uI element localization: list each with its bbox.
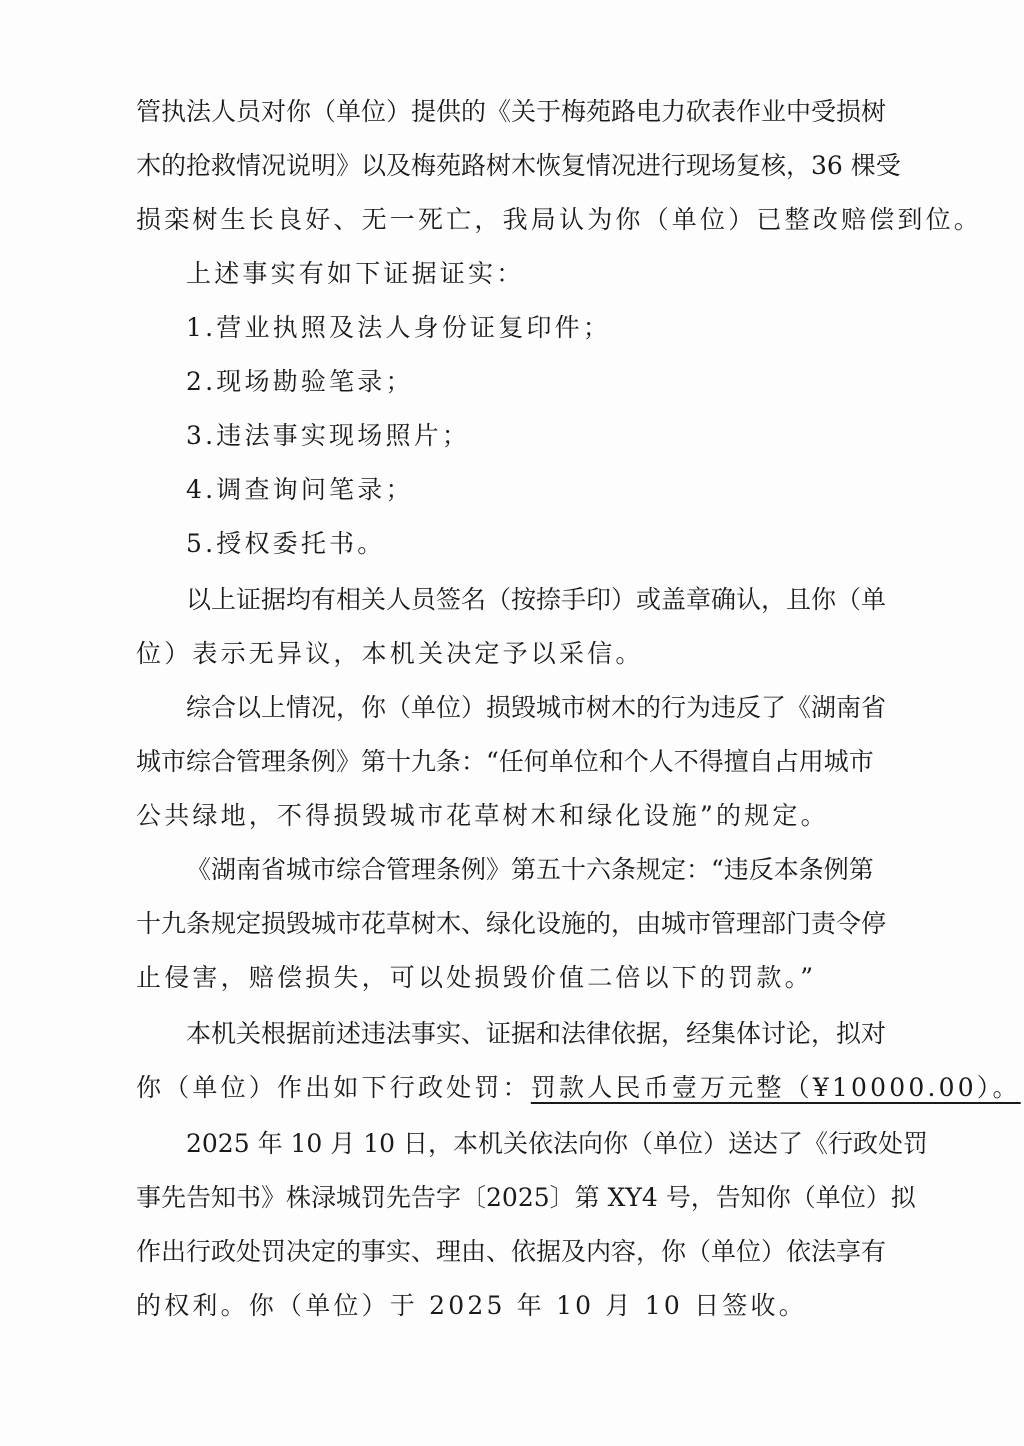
- paragraph-line: 止侵害，赔偿损失，可以处损毁价值二倍以下的罚款。”: [136, 958, 869, 998]
- paragraph-line: 损栾树生长良好、无一死亡，我局认为你（单位）已整改赔偿到位。: [136, 200, 869, 240]
- evidence-item: 4.调查询问笔录；: [186, 470, 869, 510]
- paragraph-line: 公共绿地，不得损毁城市花草树木和绿化设施”的规定。: [136, 796, 869, 836]
- paragraph-line: 综合以上情况，你（单位）损毁城市树木的行为违反了《湖南省: [186, 688, 869, 728]
- paragraph-line: 本机关根据前述违法事实、证据和法律依据，经集体讨论，拟对: [186, 1014, 869, 1054]
- paragraph-line: 作出行政处罚决定的事实、理由、依据及内容，你（单位）依法享有: [136, 1232, 869, 1272]
- penalty-amount-underlined: 罚款人民币壹万元整（¥10000.00）。: [531, 1073, 1021, 1102]
- paragraph-line: 《湖南省城市综合管理条例》第五十六条规定：“违反本条例第: [186, 850, 869, 890]
- evidence-item: 2.现场勘验笔录；: [186, 362, 869, 402]
- evidence-intro: 上述事实有如下证据证实：: [186, 254, 869, 294]
- paragraph-line: 2025 年 10 月 10 日，本机关依法向你（单位）送达了《行政处罚: [186, 1124, 869, 1164]
- paragraph-line: 十九条规定损毁城市花草树木、绿化设施的，由城市管理部门责令停: [136, 904, 869, 944]
- paragraph-line: 以上证据均有相关人员签名（按捺手印）或盖章确认，且你（单: [186, 580, 869, 620]
- paragraph-line: 管执法人员对你（单位）提供的《关于梅苑路电力砍表作业中受损树: [136, 92, 869, 132]
- penalty-prefix: 你（单位）作出如下行政处罚：: [136, 1073, 531, 1102]
- paragraph-line: 城市综合管理条例》第十九条：“任何单位和个人不得擅自占用城市: [136, 742, 869, 782]
- evidence-item: 3.违法事实现场照片；: [186, 416, 869, 456]
- document-page: 管执法人员对你（单位）提供的《关于梅苑路电力砍表作业中受损树 木的抢救情况说明》…: [0, 0, 1024, 1446]
- penalty-line: 你（单位）作出如下行政处罚：罚款人民币壹万元整（¥10000.00）。: [136, 1068, 869, 1108]
- evidence-item: 1.营业执照及法人身份证复印件；: [186, 308, 869, 348]
- paragraph-line: 的权利。你（单位）于 2025 年 10 月 10 日签收。: [136, 1286, 869, 1326]
- paragraph-line: 事先告知书》株渌城罚先告字〔2025〕第 XY4 号，告知你（单位）拟: [136, 1178, 869, 1218]
- evidence-item: 5.授权委托书。: [186, 524, 869, 564]
- paragraph-line: 位）表示无异议，本机关决定予以采信。: [136, 634, 869, 674]
- paragraph-line: 木的抢救情况说明》以及梅苑路树木恢复情况进行现场复核，36 棵受: [136, 146, 869, 186]
